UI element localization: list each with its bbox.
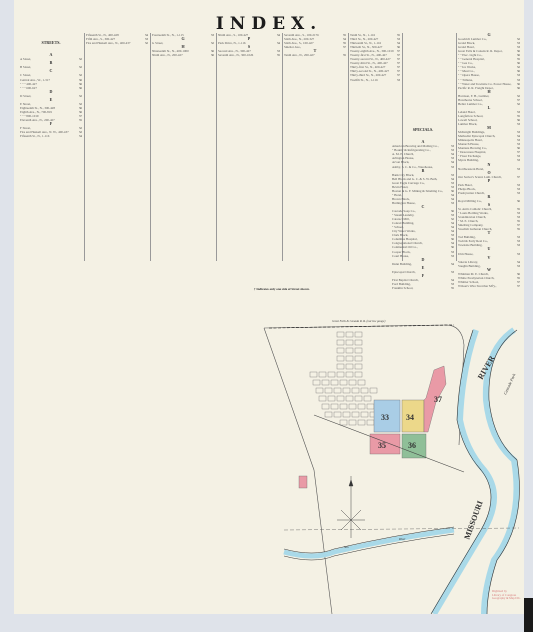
street-grid (310, 332, 377, 425)
sheet-34-number: 34 (406, 413, 414, 422)
sheet-32-area (299, 476, 307, 488)
sheet-37-number: 37 (434, 395, 442, 404)
sun-river-label: Sun (344, 545, 349, 549)
library-stamp: Digitized by Library of Congress Geograp… (492, 590, 520, 601)
sheet-35-number: 35 (378, 441, 386, 450)
scan-edge (524, 598, 533, 632)
map-sheet: INDEX. STREETS. AA Street,32BB Street,32… (14, 0, 524, 614)
railroad-label: Great Falls & Canada R. R. (narrow gauge… (332, 319, 385, 323)
city-boundary (264, 325, 464, 614)
sheet-33-number: 33 (381, 413, 389, 422)
compass-rose-icon (337, 476, 365, 538)
sun-river (284, 527, 454, 560)
sheet-areas (299, 366, 446, 488)
sun-river-label-2: River (398, 537, 406, 541)
sheet-36-number: 36 (408, 441, 416, 450)
city-key-map: Great Falls & Canada R. R. (narrow gauge… (14, 0, 524, 614)
cascade-park-label: Cascade Park (502, 373, 516, 396)
